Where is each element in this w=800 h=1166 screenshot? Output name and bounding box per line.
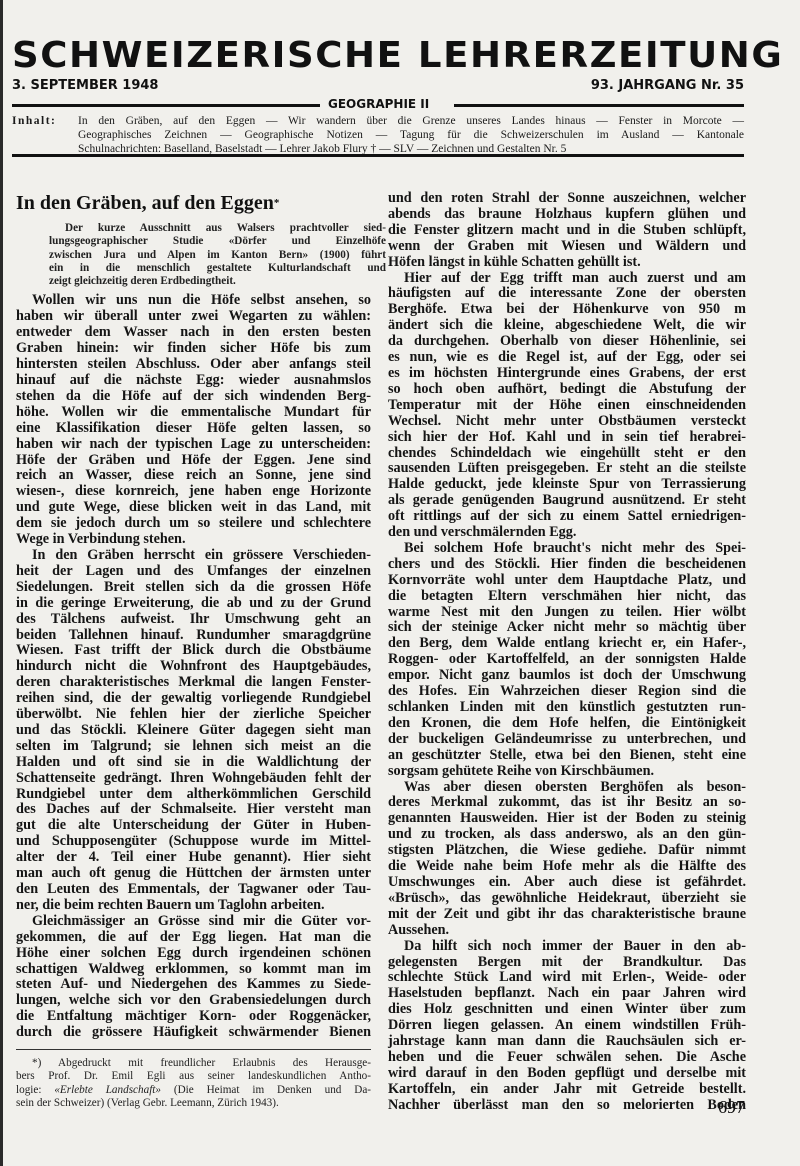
text-line: die Weide nahe beim Hofe mehr als die Hä… [388, 859, 746, 875]
text-line: und zu trocken, als dass anderswo, als a… [388, 827, 746, 843]
text-line: selten im Talgrund; sie lehnen sich meis… [16, 739, 371, 755]
text-line: den Kronen, die dem Hofe helfen, die Ein… [388, 716, 746, 732]
text-line: chers und des Stöckli. Hier finden die b… [388, 557, 746, 573]
text-line: schlanken Linden mit den künstlich gestu… [388, 700, 746, 716]
text-line: chendes Schindeldach wie eingehüllt steh… [388, 446, 746, 462]
table-of-contents: Inhalt: In den Gräben, auf den Eggen — W… [12, 114, 744, 156]
text-line: des Tälchens aufweist. Ihr Umschwung geh… [16, 612, 371, 628]
text-line: Wiesen. Fast trifft der Blick durch die … [16, 643, 371, 659]
text-line: steten Auf- und Niedergehen des Kammes z… [16, 977, 371, 993]
text-line: sich hier der Hof. Kahl und in sein tief… [388, 430, 746, 446]
text-line: heben und die Feuer schwälen sehen. Die … [388, 1050, 746, 1066]
text-line: Graben hinein: wir finden sicher Höfe bi… [16, 341, 371, 357]
text-line: höhe. Wollen wir die emmentalische Munda… [16, 405, 371, 421]
text-line: die Fenster glitzern macht und in die St… [388, 223, 746, 239]
text-line: wiesen-, diese kornreich, jene haben eng… [16, 484, 371, 500]
article-headline: In den Gräben, auf den Eggen* [16, 192, 371, 214]
masthead-bottom-rule [12, 154, 744, 157]
footnote-line: *) Abgedruckt mit freundlicher Erlaubnis… [16, 1057, 371, 1070]
text-line: und gute Wege, diese blicken weit in das… [16, 500, 371, 516]
volume-number: 93. JAHRGANG Nr. 35 [591, 78, 744, 93]
text-line: Wollen wir uns nun die Höfe selbst anseh… [16, 293, 371, 309]
page-number: 697 [718, 1097, 745, 1118]
text-line: sich der steinige Acker nicht mehr so mä… [388, 620, 746, 636]
text-line: gekommen, die auf der Egg liegen. Hat ma… [16, 930, 371, 946]
paragraph: Da hilft sich noch immer der Bauer in de… [388, 939, 746, 1114]
toc-line: Geographisches Zeichnen — Geographische … [78, 128, 744, 142]
text-line: Bei solchem Hofe braucht's nicht mehr de… [388, 541, 746, 557]
text-line: des Hofes. Ein Wahrzeichen dieser Region… [388, 684, 746, 700]
text-line: wird darauf in den Boden gepflügt und de… [388, 1066, 746, 1082]
text-line: jahrstage kann man dann die Rauchsäulen … [388, 1034, 746, 1050]
text-line: wenn der Graben mit Wiesen und Wäldern u… [388, 239, 746, 255]
text-line: dies Holz geschnitten und einen Winter ü… [388, 1002, 746, 1018]
text-line: überwölbt. Nie fehlen hier der zierliche… [16, 707, 371, 723]
lead-line: zwischen Jura und Alpen im Kanton Bern» … [49, 249, 386, 262]
text-line: Haselstuden bepflanzt. Nach ein paar Jah… [388, 986, 746, 1002]
text-line: den Berg, dem Walde entlang kriecht er, … [388, 636, 746, 652]
text-line: reich an Wasser, diese reich an Sonne, j… [16, 468, 371, 484]
text-line: hintersten steilen Abschluss. Oder aber … [16, 357, 371, 373]
text-line: haben wir nach der typischen Lage zu unt… [16, 437, 371, 453]
article-column-left: In den Gräben, auf den Eggen* Der kurze … [16, 192, 371, 1110]
text-line: sorgsam gehütete Reihe von Kirschbäumen. [388, 764, 746, 780]
text-line: die betagten Eltern verschmähen hier nic… [388, 589, 746, 605]
text-line: schattigen Waldweg erklommen, so kommt m… [16, 962, 371, 978]
footnote-line: logie: «Erlebte Landschaft» (Die Heimat … [16, 1084, 371, 1097]
text-line: als gerade genügenden Baugrund ausnützen… [388, 493, 746, 509]
text-line: Wechsel. Nicht mehr unter Obstbäumen ver… [388, 414, 746, 430]
text-line: die Entfaltung mächtiger Korn- oder Rogg… [16, 1009, 371, 1025]
text-line: stehen da die Höfe auf der sich windende… [16, 389, 371, 405]
text-line: deren charakteristisches Merkmal die lan… [16, 675, 371, 691]
text-line: und Schupposengüter (Schuppose wurde im … [16, 834, 371, 850]
text-line: und das Stöckli. Kleinere Güter dagegen … [16, 723, 371, 739]
footnote: *) Abgedruckt mit freundlicher Erlaubnis… [16, 1057, 371, 1110]
text-line: des Daches auf der Schmalseite. Hier ver… [16, 802, 371, 818]
headline-text: In den Gräben, auf den Eggen [16, 192, 274, 214]
text-line: gut die alte Unterscheidung der Güter in… [16, 818, 371, 834]
paragraph: Gleichmässiger an Grösse sind mir die Gü… [16, 914, 371, 1041]
text-line: Berghöfe. Etwa bei der Höhenkurve von 95… [388, 302, 746, 318]
text-line: durch die grössere Häufigkeit schwärmend… [16, 1025, 371, 1041]
text-line: Rundgiebel unter dem altherkömmlichen Ge… [16, 787, 371, 803]
text-line: Nachher überlässt man den so melorierten… [388, 1098, 746, 1114]
text-line: da durchgehen. Oberhalb von dieser Höhen… [388, 334, 746, 350]
text-line: oft rittlings auf der sich zu einem Satt… [388, 509, 746, 525]
text-line: stigsten Plätzchen, die Wiese gediehe. D… [388, 843, 746, 859]
text-line: Höhe einer solchen Egg durch irgendeinen… [16, 946, 371, 962]
article-column-right: und den roten Strahl der Sonne auszeichn… [388, 191, 746, 1114]
text-line: entweder dem Wasser nach in den ersten b… [16, 325, 371, 341]
lead-line: ein in die menschlich gestaltete Kulturl… [49, 262, 386, 275]
page-edge-shadow [0, 0, 3, 1166]
text-line: «Brüsch», das gewöhnliche Heidekraut, üb… [388, 891, 746, 907]
text-line: es im höchsten Hintergrunde eines Graben… [388, 366, 746, 382]
text-line: ner, die beim rechten Bauern um Taglohn … [16, 898, 371, 914]
lead-line: zeigt gleichzeitig deren Erdbedingtheit. [49, 275, 386, 288]
paragraph: Was aber diesen obersten Berghöfen als b… [388, 780, 746, 939]
text-line: genannten Hausweiden. Hier ist der Boden… [388, 811, 746, 827]
text-line: dem sie jedoch durch um so steilere und … [16, 516, 371, 532]
text-line: Umschwunges ein. Aber auch diese ist gef… [388, 875, 746, 891]
publication-title: SCHWEIZERISCHE LEHRERZEITUNG [12, 36, 766, 76]
text-line: den und verschmälernden Egg. [388, 525, 746, 541]
text-line: warme Nest mit den Jungen zu teilen. Hie… [388, 605, 746, 621]
text-line: in die geringe Erweiterung, die ab und z… [16, 596, 371, 612]
text-line: Kornvorräte wohl unter dem Hauptdache Pl… [388, 573, 746, 589]
text-line: Schattenseite gedrängt. Ihren Wohngebäud… [16, 771, 371, 787]
dateline: 3. SEPTEMBER 1948 93. JAHRGANG Nr. 35 [12, 78, 744, 98]
toc-label: Inhalt: [12, 114, 56, 128]
toc-line: In den Gräben, auf den Eggen — Wir wande… [78, 114, 744, 128]
text-line: Was aber diesen obersten Berghöfen als b… [388, 780, 746, 796]
text-line: Höfen längst in kühle Schatten gehüllt i… [388, 255, 746, 271]
text-line: hindurch nicht die Wohnfront des Hauptge… [16, 659, 371, 675]
text-line: deres Merkmal zukommt, das ist ihr Besit… [388, 795, 746, 811]
text-line: empor. Nicht ganz baumlos ist doch der U… [388, 668, 746, 684]
text-line: gelegensten Bergen mit der Brandkultur. … [388, 955, 746, 971]
section-title: GEOGRAPHIE II [328, 97, 429, 111]
lead-line: Der kurze Ausschnitt aus Walsers prachtv… [49, 222, 386, 235]
text-line: an geschützter Stelle, etwa bei den Bien… [388, 748, 746, 764]
text-line: Da hilft sich noch immer der Bauer in de… [388, 939, 746, 955]
text-line: Gleichmässiger an Grösse sind mir die Gü… [16, 914, 371, 930]
text-line: den Leuten des Emmentals, der Tagwaner o… [16, 882, 371, 898]
text-line: man auch oft genug die Hüttchen der ärms… [16, 866, 371, 882]
footnote-line: sein der Schweizer) (Verlag Gebr. Leeman… [16, 1097, 371, 1110]
text-line: Wege in Verbindung stehen. [16, 532, 371, 548]
rule-left [12, 104, 320, 107]
rule-right [454, 104, 744, 107]
footnote-marker: * [274, 197, 280, 209]
text-line: heit der Lagen und des Umfanges der einz… [16, 564, 371, 580]
footnote-divider [16, 1049, 371, 1050]
text-line: mit der Zeit und gibt ihr das charakteri… [388, 907, 746, 923]
lead-line: lungsgeographischer Studie «Dörfer und E… [49, 235, 386, 248]
text-line: ändert sich die kleine, abgeschiedene We… [388, 318, 746, 334]
text-line: schlechte Stück Land wird mit Erlen-, We… [388, 970, 746, 986]
text-line: haben wir überall unter zwei Wegarten zu… [16, 309, 371, 325]
paragraph: Hier auf der Egg trifft man auch zuerst … [388, 271, 746, 541]
text-line: reihen sind, die der gewaltig vorliegend… [16, 691, 371, 707]
text-line: lungen, welche sich vor den Grabensiedel… [16, 993, 371, 1009]
text-line: eine Klassifikation dieser Höfe gelten l… [16, 421, 371, 437]
text-line: Roggen- oder Kartoffelfeld, an der sonni… [388, 652, 746, 668]
text-line: Kartoffeln, ein ander Jahr mit Getreide … [388, 1082, 746, 1098]
text-line: Temperatur mit der Höhe einen einschneid… [388, 398, 746, 414]
text-line: hinauf auf die nächste Egg: wieder ausna… [16, 373, 371, 389]
paragraph: In den Gräben herrscht ein grössere Vers… [16, 548, 371, 914]
text-line: Aussehen. [388, 923, 746, 939]
text-line: häufigsten auf die interessante Zone der… [388, 286, 746, 302]
masthead: SCHWEIZERISCHE LEHRERZEITUNG 3. SEPTEMBE… [12, 36, 744, 156]
text-line: abends das braune Holzhaus kupfern glühe… [388, 207, 746, 223]
text-line: Hier auf der Egg trifft man auch zuerst … [388, 271, 746, 287]
text-line: Siedelungen. Breit stellen sich da die g… [16, 580, 371, 596]
text-line: alter der 4. Teil einer Hube genannt). H… [16, 850, 371, 866]
text-line: beiden Tallehnen hinauf. Rundumher smara… [16, 628, 371, 644]
text-line: sausenden Lüften preisgegeben. Er steht … [388, 461, 746, 477]
text-line: Höfe der Gräben und Höfe der Eggen. Jene… [16, 453, 371, 469]
text-line: Halde geduckt, jede kleinste Spur von Te… [388, 477, 746, 493]
text-line: Dörren liegen gelassen. An einem windsti… [388, 1018, 746, 1034]
section-rule: GEOGRAPHIE II [12, 98, 744, 112]
paragraph: Wollen wir uns nun die Höfe selbst anseh… [16, 293, 371, 548]
text-line: In den Gräben herrscht ein grössere Vers… [16, 548, 371, 564]
footnote-line: bers Prof. Dr. Emil Egli aus seiner land… [16, 1070, 371, 1083]
text-line: Halden und oft sind sie in die Waldlicht… [16, 755, 371, 771]
book-title: «Erlebte Landschaft» [54, 1084, 161, 1096]
issue-date: 3. SEPTEMBER 1948 [12, 78, 158, 93]
paragraph: Bei solchem Hofe braucht's nicht mehr de… [388, 541, 746, 780]
text-line: es nun, wie es die Regel ist, auf der Eg… [388, 350, 746, 366]
text-line: und den roten Strahl der Sonne auszeichn… [388, 191, 746, 207]
text-line: so hoch oben aufhört, bedingt die Abstuf… [388, 382, 746, 398]
article-lead: Der kurze Ausschnitt aus Walsers prachtv… [49, 222, 386, 288]
text-line: der buckeligen Geländeumrisse zu unterbr… [388, 732, 746, 748]
paragraph: und den roten Strahl der Sonne auszeichn… [388, 191, 746, 271]
